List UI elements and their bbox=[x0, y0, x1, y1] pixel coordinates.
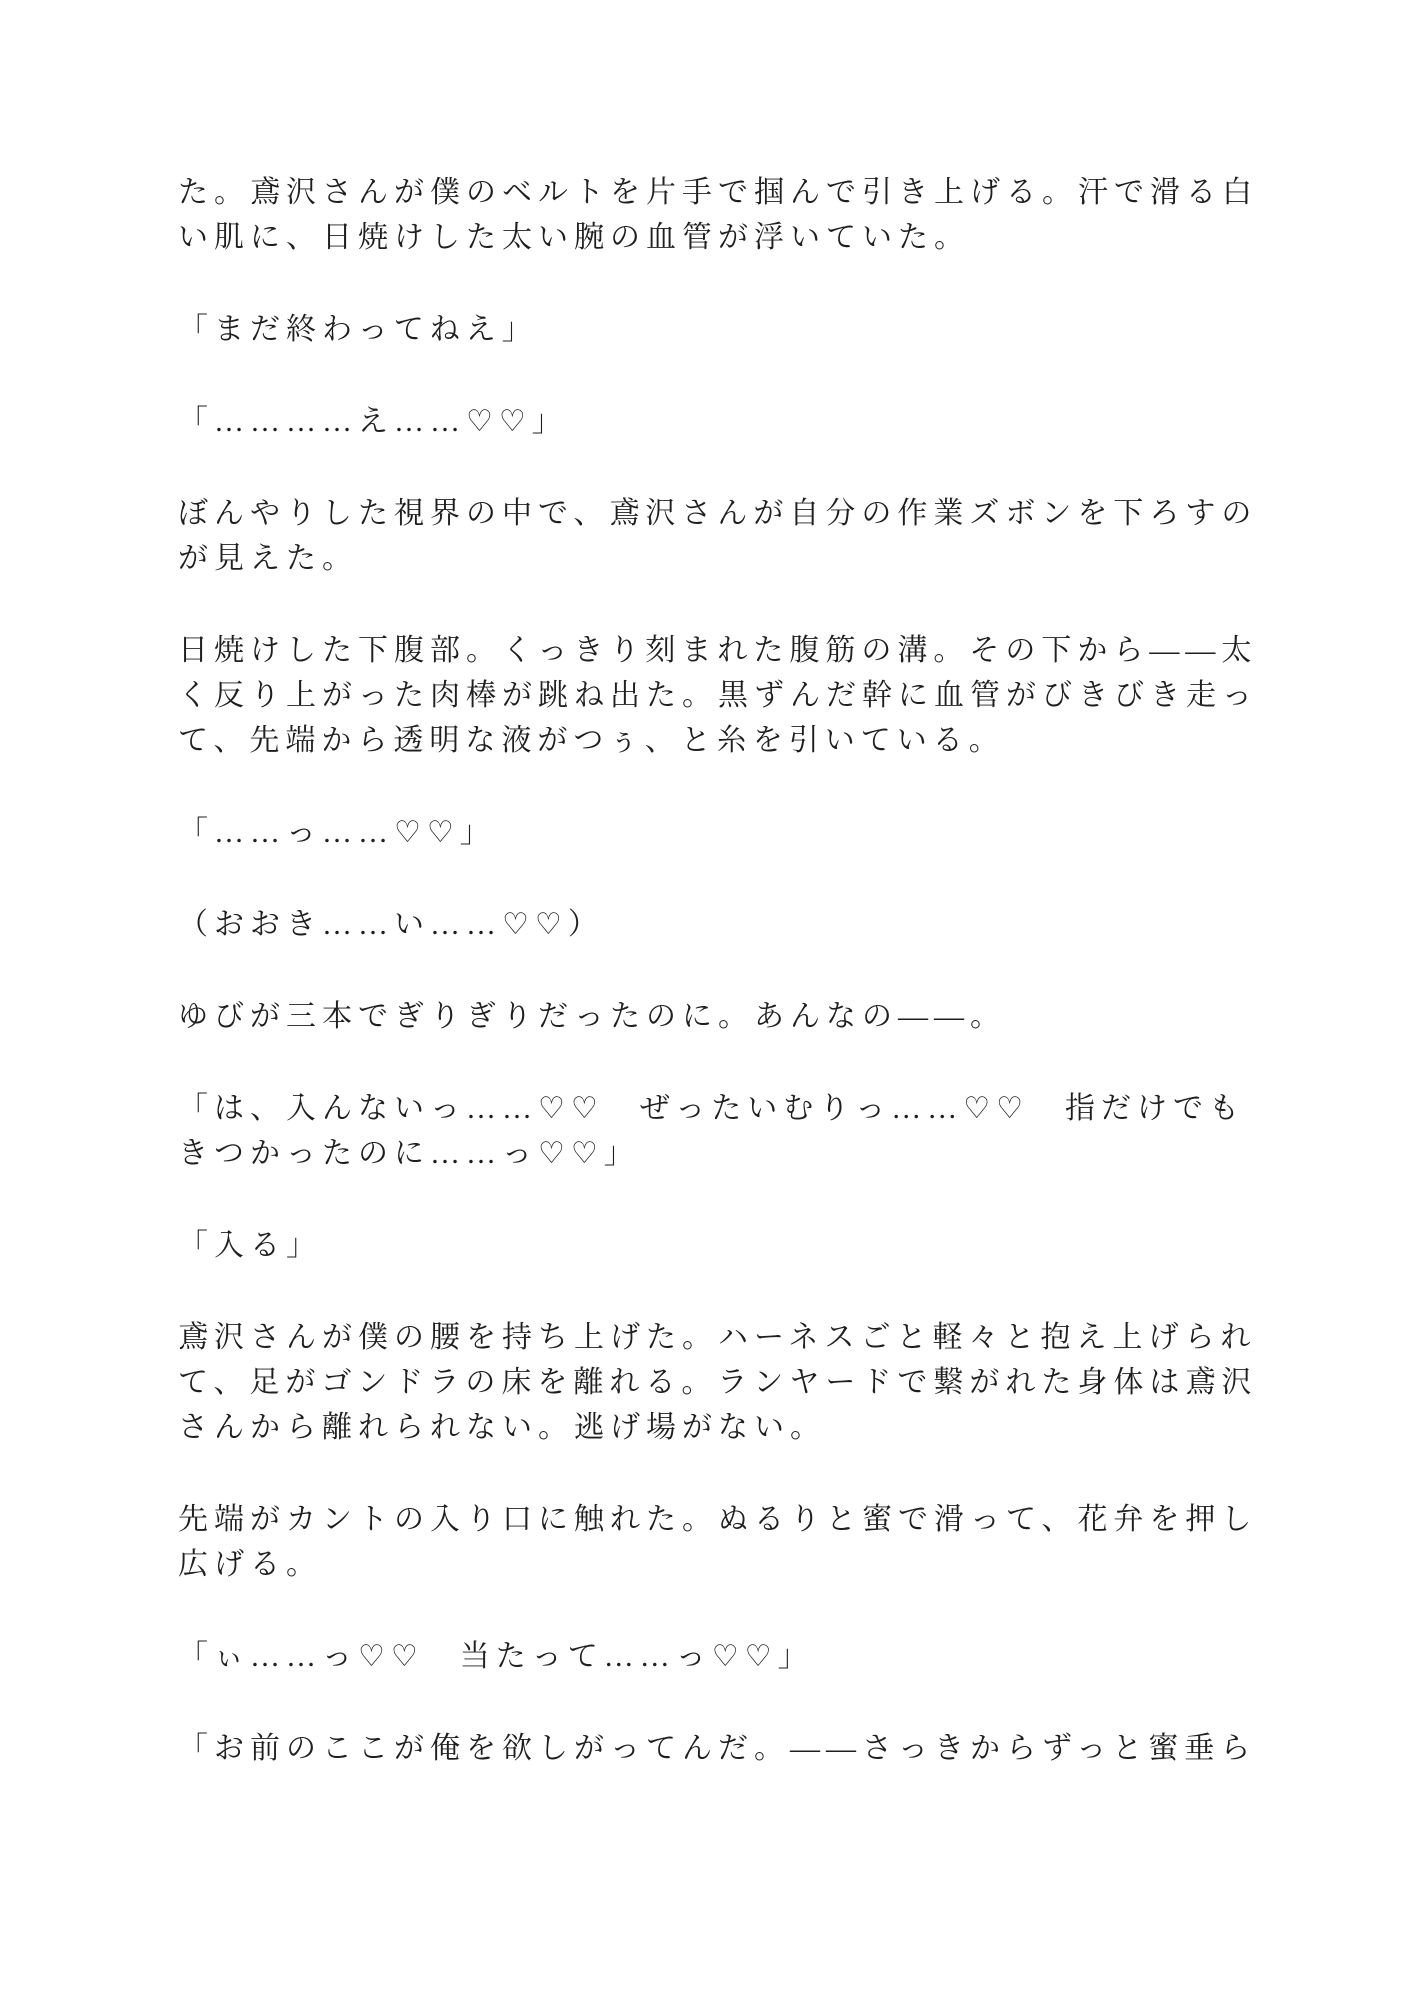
text-line: 「ぃ……っ♡♡ 当たって……っ♡♡」 bbox=[178, 1634, 1288, 1679]
paragraph: 鳶沢さんが僕の腰を持ち上げた。ハーネスごと軽々と抱え上げられて、足がゴンドラの床… bbox=[178, 1315, 1288, 1450]
text-line: 「入る」 bbox=[178, 1223, 1288, 1268]
text-line: 先端がカントの入り口に触れた。ぬるりと蜜で滑って、花弁を押し bbox=[178, 1497, 1288, 1542]
text-line: て、先端から透明な液がつぅ、と糸を引いている。 bbox=[178, 718, 1288, 763]
text-line: 日焼けした下腹部。くっきり刻まれた腹筋の溝。その下から――太 bbox=[178, 628, 1288, 673]
paragraph: 「ぃ……っ♡♡ 当たって……っ♡♡」 bbox=[178, 1634, 1288, 1679]
text-line: 「まだ終わってねえ」 bbox=[178, 307, 1288, 352]
paragraph: （おおき……い……♡♡） bbox=[178, 902, 1288, 947]
text-line: 広げる。 bbox=[178, 1542, 1288, 1587]
text-line: く反り上がった肉棒が跳ね出た。黒ずんだ幹に血管がびきびき走っ bbox=[178, 673, 1288, 718]
paragraph: 「……っ……♡♡」 bbox=[178, 810, 1288, 855]
paragraph: た。鳶沢さんが僕のベルトを片手で掴んで引き上げる。汗で滑る白い肌に、日焼けした太… bbox=[178, 170, 1288, 260]
text-line: ゆびが三本でぎりぎりだったのに。あんなの――。 bbox=[178, 994, 1288, 1039]
text-line: 「……っ……♡♡」 bbox=[178, 810, 1288, 855]
text-line: い肌に、日焼けした太い腕の血管が浮いていた。 bbox=[178, 215, 1288, 260]
text-line: て、足がゴンドラの床を離れる。ランヤードで繋がれた身体は鳶沢 bbox=[178, 1360, 1288, 1405]
text-line: さんから離れられない。逃げ場がない。 bbox=[178, 1405, 1288, 1450]
paragraph: ぼんやりした視界の中で、鳶沢さんが自分の作業ズボンを下ろすのが見えた。 bbox=[178, 491, 1288, 581]
paragraph: 「まだ終わってねえ」 bbox=[178, 307, 1288, 352]
paragraph: 日焼けした下腹部。くっきり刻まれた腹筋の溝。その下から――太く反り上がった肉棒が… bbox=[178, 628, 1288, 763]
text-line: きつかったのに……っ♡♡」 bbox=[178, 1131, 1288, 1176]
text-line: 「…………え……♡♡」 bbox=[178, 399, 1288, 444]
text-line: た。鳶沢さんが僕のベルトを片手で掴んで引き上げる。汗で滑る白 bbox=[178, 170, 1288, 215]
text-line: （おおき……い……♡♡） bbox=[178, 902, 1288, 947]
paragraph: 「お前のここが俺を欲しがってんだ。――さっきからずっと蜜垂ら bbox=[178, 1726, 1288, 1771]
text-line: 「は、入んないっ……♡♡ ぜったいむりっ……♡♡ 指だけでも bbox=[178, 1086, 1288, 1131]
text-line: 「お前のここが俺を欲しがってんだ。――さっきからずっと蜜垂ら bbox=[178, 1726, 1288, 1771]
paragraph: ゆびが三本でぎりぎりだったのに。あんなの――。 bbox=[178, 994, 1288, 1039]
paragraph: 「…………え……♡♡」 bbox=[178, 399, 1288, 444]
text-line: ぼんやりした視界の中で、鳶沢さんが自分の作業ズボンを下ろすの bbox=[178, 491, 1288, 536]
paragraph: 「は、入んないっ……♡♡ ぜったいむりっ……♡♡ 指だけでもきつかったのに……っ… bbox=[178, 1086, 1288, 1176]
text-line: が見えた。 bbox=[178, 536, 1288, 581]
paragraph: 「入る」 bbox=[178, 1223, 1288, 1268]
text-line: 鳶沢さんが僕の腰を持ち上げた。ハーネスごと軽々と抱え上げられ bbox=[178, 1315, 1288, 1360]
paragraph: 先端がカントの入り口に触れた。ぬるりと蜜で滑って、花弁を押し広げる。 bbox=[178, 1497, 1288, 1587]
text-area: た。鳶沢さんが僕のベルトを片手で掴んで引き上げる。汗で滑る白い肌に、日焼けした太… bbox=[178, 170, 1288, 1818]
